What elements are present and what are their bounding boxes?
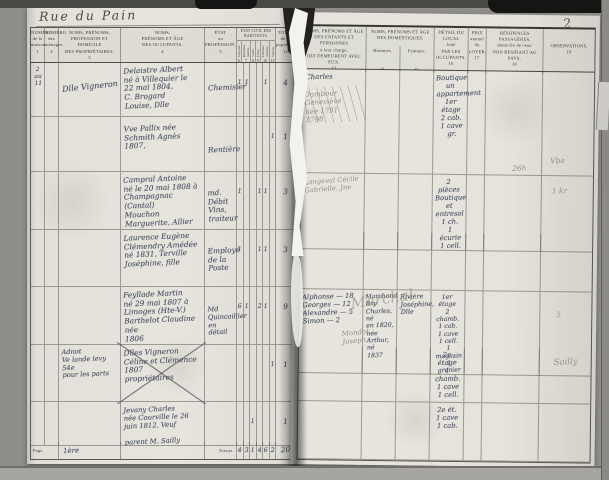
table-row: Adnot Ve lande levy 54e pour les parts D…	[31, 345, 295, 402]
profession-cell: Md Quincaillier en détail	[205, 287, 237, 345]
col-header-premises: DÉTAIL DU LOCAL loué PAR LES OCCUPANTS. …	[434, 28, 467, 68]
left-table-header: NUMÉRO de la maison. 1 NUMÉRO des ménage…	[31, 28, 295, 63]
total-cell: 3	[276, 172, 295, 230]
servants-men-cell	[362, 347, 397, 402]
totals-label-cell: Totaux.	[205, 442, 237, 459]
owner-cell: Adnot Ve lande levy 54e pour les parts	[59, 345, 121, 402]
occupants-cell: Delaistre Albert né à Villequier le 22 m…	[121, 63, 205, 117]
premises-cell: Boutique un appartement 1er étage 2 cab.…	[433, 71, 468, 175]
household-number-cell	[45, 230, 59, 287]
house-number-cell	[31, 230, 45, 287]
servants-men-label: Hommes.	[366, 46, 399, 55]
scan-top-corner-blob	[488, 0, 609, 13]
street-title: Rue du Pain	[39, 7, 137, 24]
scan-top-blob	[195, 0, 257, 9]
profession-cell: Chemisier	[205, 63, 237, 117]
residences-cell	[485, 71, 543, 176]
house-number-cell	[31, 402, 45, 446]
col-header-profession: ÉTAT ou PROFESSION. 5	[205, 28, 236, 55]
residences-cell	[484, 233, 542, 292]
table-row: Laurence Eugène Clémendry Amédée né 1831…	[31, 230, 295, 287]
table-row: Feyllade Martin né 29 mai 1807 à Limoges…	[31, 287, 295, 345]
col-header-residences: RÉSIDENCES PASSAGÈRES, domicile de ceux …	[486, 28, 542, 68]
servants-women-label: Femmes.	[400, 46, 434, 55]
servants-women-cell	[398, 232, 433, 290]
children-cell	[298, 401, 363, 460]
col-header-household-number: NUMÉRO des ménages. 2	[45, 28, 58, 55]
total-cell: 4	[276, 63, 295, 117]
col-header-occupants: NOMS, PRÉNOMS ET ÂGE DES OCCUPANTS. 4	[121, 28, 204, 55]
premises-cell: 2e étage 1 chamb. 1 cave 1 cell.	[430, 348, 465, 403]
servants-men-cell	[362, 402, 397, 460]
table-row: 2e ét. 1 cave 1 cab.	[298, 401, 591, 463]
civil-col-widows: Veuves.	[271, 41, 275, 57]
col-header-owners: NOMS, PRÉNOMS, PROFESSION ET DOMICILE DE…	[59, 28, 120, 61]
left-page: Rue du Pain NUMÉRO de la maison. 1 NUMÉR…	[27, 7, 295, 464]
household-number-cell	[45, 63, 59, 117]
children-cell	[300, 231, 365, 290]
civil-col-widowers: Veufs.	[251, 41, 255, 57]
profession-cell: Employé de la Poste	[205, 230, 237, 287]
scanned-census-register: Rue du Pain NUMÉRO de la maison. 1 NUMÉR…	[0, 0, 609, 480]
right-census-table: NOMS, PRÉNOMS ET ÂGE DES ENFANTS ET PERS…	[297, 24, 596, 464]
children-cell: Charles Dambour Geneviève née 1791 1798	[301, 69, 366, 174]
civil-col-girls: Filles.	[256, 41, 260, 57]
occupants-cell: Jevany Charles née Courville le 26 juin …	[121, 402, 205, 446]
pencil-note-obs-3: 5	[556, 311, 561, 320]
table-row	[300, 231, 593, 293]
occupants-cell: Vve Pallix née Schmith Agnès 1807,	[121, 117, 205, 172]
table-row: Langeval Cécile Gabrielle, Jne 2 pièces …	[300, 173, 593, 235]
col-header-rent: PRIX annuel du LOYER. 17	[468, 28, 485, 61]
pencil-note-obs-2: 1 kr	[552, 187, 568, 196]
servants-men-cell	[364, 232, 399, 290]
civil-col-boys: Garçons.	[237, 41, 241, 57]
owner-cell	[59, 117, 121, 172]
pencil-note-obs-4: Sailly	[554, 357, 578, 368]
premises-cell	[432, 233, 467, 291]
owner-cell	[59, 230, 121, 287]
left-census-table: NUMÉRO de la maison. 1 NUMÉRO des ménage…	[30, 27, 296, 460]
servants-women-cell	[396, 402, 431, 460]
occupants-cell: Feyllade Martin né 29 mai 1807 à Limoges…	[121, 287, 205, 345]
household-number-cell	[45, 345, 59, 402]
scan-bottom-edge	[0, 466, 609, 480]
page-label: Page	[31, 442, 58, 454]
col-header-civil-status-group: ÉTAT CIVIL DES HABITANTS. Garçons.6 Homm…	[237, 28, 276, 63]
house-number-cell	[31, 172, 45, 230]
owner-cell	[59, 287, 121, 345]
civil-status-group-label: ÉTAT CIVIL DES HABITANTS.	[237, 28, 275, 41]
page-curl	[596, 82, 609, 131]
residences-cell	[482, 348, 540, 404]
rent-cell	[466, 233, 485, 291]
handwritten-page-number: 2	[562, 17, 572, 33]
right-table-header: NOMS, PRÉNOMS ET ÂGE DES ENFANTS ET PERS…	[302, 26, 595, 73]
col-header-servants-group: NOMS, PRÉNOMS ET ÂGE DES DOMESTIQUES. Ho…	[366, 27, 435, 73]
occupants-cell: Laurence Eugène Clémendry Amédée né 1831…	[121, 230, 205, 287]
servants-men-cell	[365, 70, 400, 174]
occupants-cell: Campral Antoine né le 20 mai 1808 à Cham…	[121, 172, 205, 230]
pencil-note-mondot: Mondot Joseph	[341, 328, 370, 347]
table-row: Campral Antoine né le 20 mai 1808 à Cham…	[31, 172, 295, 230]
house-number-cell	[31, 345, 45, 402]
children-cell	[298, 346, 363, 402]
scan-right-edge	[601, 0, 609, 480]
house-number-cell	[31, 287, 45, 345]
pencil-note: Langeval Cécile Gabrielle, Jne	[300, 171, 364, 195]
rent-cell	[467, 71, 486, 175]
table-row: Vve Pallix née Schmith Agnès 1807, Renti…	[31, 117, 295, 172]
table-row: 2e étage 1 chamb. 1 cave 1 cell.	[298, 346, 591, 405]
pencil-note-obs-1: Vbe	[550, 157, 565, 166]
owner-cell: Dlle Vigneron	[59, 63, 121, 117]
occupants-cell: Dlles Vigneron Céline et Clémence 1807 p…	[121, 345, 205, 402]
house-number-cell: 2 au 11	[31, 63, 45, 117]
premises-cell: 2e ét. 1 cave 1 cab.	[430, 403, 465, 461]
torn-paper-strip	[291, 252, 303, 347]
civil-col-married-men: Hommes mariés.	[242, 41, 250, 57]
residences-cell	[482, 403, 540, 462]
household-number-cell	[45, 117, 59, 172]
table-row: 2 au 11 Dlle Vigneron Delaistre Albert n…	[31, 63, 295, 117]
rent-cell	[464, 348, 483, 403]
household-number-cell	[45, 287, 59, 345]
left-table-footer: Page 1ère Totaux. 4 3 1 4 6 2 20	[31, 442, 295, 459]
table-row: Jevany Charles née Courville le 26 juin …	[31, 402, 295, 442]
household-number-cell	[45, 402, 59, 446]
owner-cell	[59, 402, 121, 446]
servants-women-cell	[399, 70, 434, 174]
servants-group-label: NOMS, PRÉNOMS ET ÂGE DES DOMESTIQUES.	[367, 27, 434, 47]
page-label-cell: Page	[31, 442, 59, 459]
footer-spacer-cell	[121, 442, 205, 459]
page-value-cell: 1ère	[59, 442, 121, 459]
profession-cell	[205, 402, 237, 446]
col-header-observations: OBSERVATIONS. 19	[543, 29, 594, 56]
servants-women-cell	[396, 347, 431, 402]
household-number-cell	[45, 172, 59, 230]
pencil-note: Dambour Geneviève née 1791 1798	[301, 85, 366, 125]
profession-cell	[205, 345, 237, 402]
observations-cell	[539, 404, 591, 463]
profession-cell: md. Débit Vins, traiteur	[205, 172, 237, 230]
right-page: NOMS, PRÉNOMS ET ÂGE DES ENFANTS ET PERS…	[290, 12, 599, 468]
page-value: 1ère	[59, 441, 120, 456]
pencil-note-rent: 26h	[512, 165, 527, 174]
owner-cell	[59, 172, 121, 230]
civil-col-married-women: Femmes mariées.	[261, 41, 269, 57]
house-number-cell	[31, 117, 45, 172]
rent-cell	[464, 403, 483, 461]
totals-label: Totaux.	[205, 442, 236, 454]
observations-cell	[541, 234, 593, 293]
col-header-house-number: NUMÉRO de la maison. 1	[31, 28, 44, 55]
profession-cell: Rentière	[205, 117, 237, 172]
